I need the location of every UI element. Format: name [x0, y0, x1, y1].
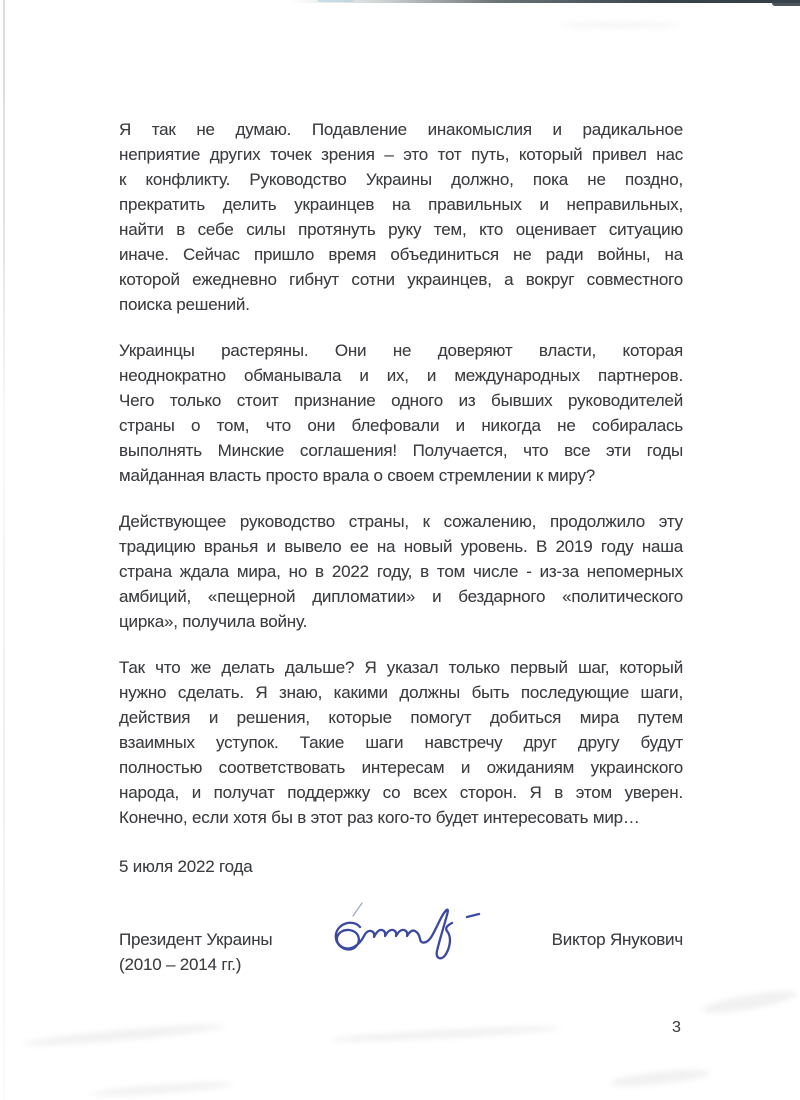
- scan-smudge: [24, 1021, 224, 1048]
- text-line: Украинцы растеряны. Они не доверяют влас…: [119, 338, 683, 363]
- signer-title: Президент Украины (2010 – 2014 гг.): [119, 927, 272, 977]
- text-line: страны о том, что они блефовали и никогд…: [119, 413, 683, 438]
- scan-smudge: [610, 1067, 711, 1089]
- signature-row: Президент Украины (2010 – 2014 гг.) Викт…: [119, 927, 683, 977]
- text-line: прекратить делить украинцев на правильны…: [119, 192, 683, 217]
- text-line: действия и решения, которые помогут доби…: [119, 705, 683, 730]
- paragraph: Так что же делать дальше? Я указал тольк…: [119, 655, 683, 830]
- page-number: 3: [672, 1019, 681, 1037]
- scan-edge-top-corner: [772, 0, 800, 6]
- text-line: к конфликту. Руководство Украины должно,…: [119, 167, 683, 192]
- text-line: выполнять Минские соглашения! Получается…: [119, 438, 683, 463]
- text-line: поиска решений.: [119, 292, 683, 317]
- signature-scribble-icon: [315, 894, 490, 969]
- text-line: цирка», получила войну.: [119, 609, 683, 634]
- scan-edge-left: [3, 0, 5, 1100]
- scan-smudge: [92, 1080, 232, 1098]
- paragraph: Я так не думаю. Подавление инакомыслия и…: [119, 117, 683, 317]
- text-line: неоднократно обманывала и их, и междунар…: [119, 363, 683, 388]
- text-line: нужно сделать. Я знаю, какими должны быт…: [119, 680, 683, 705]
- text-line: Я так не думаю. Подавление инакомыслия и…: [119, 117, 683, 142]
- text-line: амбиций, «пещерной дипломатии» и бездарн…: [119, 584, 683, 609]
- text-line: Чего только стоит признание одного из бы…: [119, 388, 683, 413]
- text-line: полностью соответствовать интересам и ож…: [119, 755, 683, 780]
- text-line: народа, и получат поддержку со всех стор…: [119, 780, 683, 805]
- text-line: неприятие других точек зрения – это тот …: [119, 142, 683, 167]
- text-line: найти в себе силы протянуть руку тем, кт…: [119, 217, 683, 242]
- scan-edge-blue-tint: [318, 0, 354, 2]
- paragraph: Действующее руководство страны, к сожале…: [119, 509, 683, 634]
- scan-edge-top: [290, 0, 800, 3]
- scan-smudge: [560, 22, 680, 28]
- scan-smudge: [702, 987, 799, 1017]
- signer-title-line2: (2010 – 2014 гг.): [119, 952, 272, 977]
- signer-title-line1: Президент Украины: [119, 927, 272, 952]
- text-line: которой ежедневно гибнут сотни украинцев…: [119, 267, 683, 292]
- scan-smudge: [330, 1024, 560, 1044]
- text-line: Действующее руководство страны, к сожале…: [119, 509, 683, 534]
- paragraph: Украинцы растеряны. Они не доверяют влас…: [119, 338, 683, 488]
- text-line: взаимных уступок. Такие шаги навстречу д…: [119, 730, 683, 755]
- text-line: иначе. Сейчас пришло время объединиться …: [119, 242, 683, 267]
- text-block: Я так не думаю. Подавление инакомыслия и…: [119, 117, 683, 977]
- text-line: традицию вранья и вывело ее на новый уро…: [119, 534, 683, 559]
- scanned-letter-page: Я так не думаю. Подавление инакомыслия и…: [0, 0, 800, 1100]
- text-line: страна ждала мира, но в 2022 году, в том…: [119, 559, 683, 584]
- text-line: майданная власть просто врала о своем ст…: [119, 463, 683, 488]
- date-line: 5 июля 2022 года: [119, 854, 683, 879]
- text-line: Конечно, если хотя бы в этот раз кого-то…: [119, 805, 683, 830]
- signer-name: Виктор Янукович: [552, 927, 683, 952]
- text-line: Так что же делать дальше? Я указал тольк…: [119, 655, 683, 680]
